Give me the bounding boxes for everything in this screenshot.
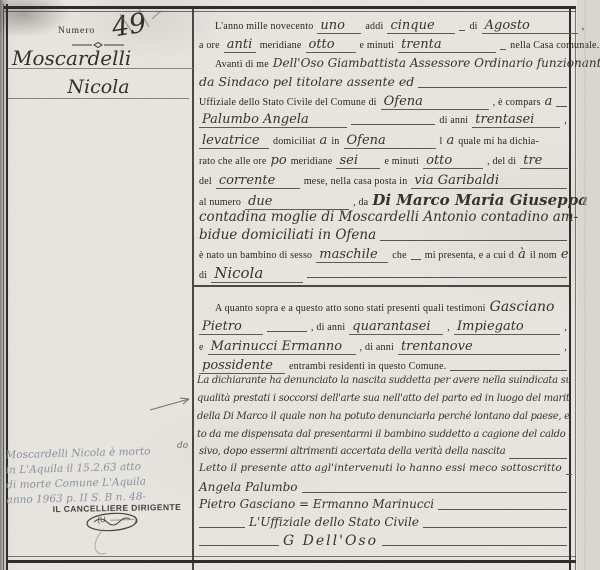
printed-comma: , (447, 322, 450, 335)
printed-domiciled-label: domiciliat (273, 136, 316, 149)
act-line-official: Avanti di me Dell'Oso Giambattista Asses… (199, 57, 567, 72)
registrar-stamp: IL CANCELLIERE DIRIGENTE (U. ———) (52, 502, 182, 525)
stamp-signature-text: (U. ———) (52, 514, 182, 525)
printed-meridian-label: meridiane (260, 40, 302, 53)
act-line-profession: levatrice domiciliat a in Ofena l a qual… (199, 134, 567, 149)
printed-of-label: di (469, 21, 477, 34)
margin-surname: Moscardelli (8, 46, 193, 69)
act-line-date: L'anno mille novecento uno addì cinque d… (199, 19, 567, 34)
closing-paragraph-line: La dichiarante ha denunciato la nascita … (197, 375, 569, 386)
commune-fill: Ofena (381, 95, 489, 110)
frame-top-border-inner (4, 11, 576, 12)
meridian-fill: anti (224, 38, 256, 53)
pencil-arrow-icon (150, 398, 189, 410)
printed-comma: , (582, 21, 585, 34)
closing-paragraph-line: qualità prestati i soccorsi dell'arte su… (197, 393, 569, 404)
printed-comma: , (564, 342, 567, 355)
parents-domicile-fill: bidue domiciliati in Ofena (199, 229, 376, 243)
death-annotation: Moscardelli Nicola è morto in L'Aquila i… (5, 444, 183, 509)
closing-paragraph-last-line: sivo, dopo essermi altrimenti accertata … (199, 447, 567, 462)
official-title-line: L'Uffiziale dello Stato Civile (199, 516, 567, 531)
printed-minutes-label: e minuti (360, 40, 395, 53)
act-line-child-name: di Nicola (199, 266, 567, 281)
record-number-value: 49 (110, 8, 149, 44)
month-fill: Agosto (482, 19, 578, 34)
witnesses-signature: Pietro Gasciano = Ermanno Marinucci (199, 498, 434, 510)
blank-rule (450, 369, 567, 371)
child-sex-fill: maschile (316, 248, 388, 263)
frame-left-border-outer (3, 4, 4, 570)
printed-number-label: al numero (199, 197, 241, 210)
scan-right-margin (577, 0, 600, 570)
margin-catchword: do (177, 441, 188, 451)
mother-name: Di Marco Maria Giuseppa (372, 193, 587, 208)
next-record-border-inner (6, 556, 576, 557)
official-signature-line: G Dell'Oso (199, 534, 567, 549)
printed-witnesses-label: A quanto sopra e a questo atto sono stat… (199, 303, 486, 316)
frame-right-border (569, 6, 571, 570)
printed-presents-label: mi presenta, e a cui d (425, 250, 514, 263)
read-aloud-text: Letto il presente atto agl'intervenuti l… (199, 463, 562, 474)
printed-comma: , (564, 115, 567, 128)
blank-rule (302, 491, 567, 493)
printed-age-label: di anni (439, 115, 468, 128)
blank-rule (459, 29, 465, 31)
printed-from-label: , da (353, 197, 368, 210)
act-line-witness2: e Marinucci Ermanno , di anni trentanove… (199, 340, 567, 355)
printed-article-stub: l (440, 136, 443, 149)
declarant-name: Palumbo Angela (199, 113, 347, 128)
printed-house-label: mese, nella casa posta in (304, 176, 408, 189)
act-line-residents: possidente entrambi residenti in questo … (199, 359, 567, 374)
printed-town-hall-label: nella Casa comunale. (510, 40, 599, 53)
gender-suffix-fill: a (320, 134, 328, 147)
mother-status-father-name: contadina moglie di Moscardelli Antonio … (199, 211, 578, 225)
act-line-birth-time: rato che alle ore po meridiane sei e min… (199, 154, 567, 169)
printed-and-label: e (199, 342, 204, 355)
blank-rule (382, 544, 567, 546)
act-line-time: a ore anti meridiane otto e minuti trent… (199, 38, 567, 53)
printed-that-hours-label: rato che alle ore (199, 156, 267, 169)
street-fill: via Garibaldi (411, 174, 567, 189)
printed-appeared-label: , è compars (493, 97, 541, 110)
house-number-fill: due (245, 195, 349, 210)
official-title: L'Uffiziale dello Stato Civile (249, 516, 419, 528)
name-suffix-fill: e (561, 248, 569, 261)
appeared-suffix-fill: a (545, 95, 553, 108)
hour-fill: otto (306, 38, 356, 53)
printed-of-label: di (199, 270, 207, 283)
closing-text: sivo, dopo essermi altrimenti accertata … (199, 447, 505, 457)
witness2-age: trentanove (398, 340, 560, 355)
birth-minutes-fill: otto (423, 154, 483, 169)
gives-suffix-fill: à (518, 248, 526, 261)
blank-rule (199, 526, 245, 528)
witness1-profession: Impiegato (454, 320, 560, 335)
birth-meridian-fill: po (271, 154, 287, 167)
act-line-commune: Uffiziale dello Stato Civile del Comune … (199, 95, 567, 110)
printed-residents-label: entrambi residenti in questo Comune. (289, 361, 446, 374)
blank-rule (351, 123, 435, 125)
stamp-title: IL CANCELLIERE DIRIGENTE (52, 502, 182, 514)
act-line-child-sex: è nato un bambino di sesso maschile che … (199, 248, 567, 263)
blank-rule (438, 508, 567, 510)
printed-year-label: L'anno mille novecento (199, 21, 313, 34)
acting-mayor-fill: da Sindaco pel titolare assente ed (199, 76, 414, 89)
printed-that-label: che (392, 250, 406, 263)
printed-day-label: addì (365, 21, 383, 34)
signature-line-witnesses: Pietro Gasciano = Ermanno Marinucci (199, 498, 567, 513)
act-line-witnesses: A quanto sopra e a questo atto sono stat… (199, 300, 567, 315)
declarant-age: trentasei (472, 113, 560, 128)
act-line-mother-2: contadina moglie di Moscardelli Antonio … (199, 211, 567, 226)
blank-rule (380, 239, 567, 241)
margin-column-divider (192, 8, 194, 570)
frame-right-border-outer (575, 6, 576, 570)
act-line-read-aloud: Letto il presente atto agl'intervenuti l… (199, 463, 567, 478)
blank-rule (566, 473, 572, 475)
printed-age-label: , di anni (360, 342, 394, 355)
witness2-name: Marinucci Ermanno (208, 340, 356, 355)
printed-of-the-label: del (199, 176, 212, 189)
year-fill: uno (317, 19, 361, 34)
frame-top-border (4, 6, 576, 9)
blank-rule (307, 276, 567, 278)
printed-civil-officer-label: Uffiziale dello Stato Civile del Comune … (199, 97, 377, 110)
blank-rule (500, 48, 506, 50)
act-line-mother-3: bidue domiciliati in Ofena (199, 229, 567, 244)
act-line-declarant: Palumbo Angela di anni trentasei , (199, 113, 567, 128)
blank-rule (411, 258, 421, 260)
witness1-given-name: Pietro (199, 320, 263, 335)
blank-rule (267, 330, 307, 332)
day-fill: cinque (387, 19, 455, 34)
closing-paragraph-line: to da me dispensata dal presentarmi il b… (197, 429, 569, 440)
article-suffix-fill: a (446, 134, 454, 147)
printed-age-label: , di anni (311, 322, 345, 335)
birth-month-fill: corrente (216, 174, 300, 189)
printed-comma: , (564, 322, 567, 335)
domicile-fill: Ofena (344, 134, 436, 149)
printed-name-label: il nom (530, 250, 557, 263)
child-name: Nicola (211, 266, 303, 283)
margin-given-name: Nicola (8, 76, 189, 99)
minutes-fill: trenta (398, 38, 496, 53)
printed-in-label: in (331, 136, 339, 149)
act-line-witness1: Pietro , di anni quarantasei , Impiegato… (199, 320, 567, 335)
birth-hour-fill: sei (336, 154, 380, 169)
blank-rule (423, 526, 567, 528)
witness1-surname: Gasciano (490, 300, 555, 314)
signature-line-declarant: Angela Palumbo (199, 481, 567, 496)
closing-paragraph-line: della Di Marco il quale non ha potuto de… (197, 411, 569, 422)
declarant-profession: levatrice (199, 134, 269, 149)
next-record-border (6, 560, 576, 563)
printed-meridian-label: meridiane (291, 156, 333, 169)
printed-on-day-label: , del dì (487, 156, 516, 169)
printed-minutes-label: e minuti (384, 156, 419, 169)
official-name-fill: Dell'Oso Giambattista Assessore Ordinari… (273, 57, 600, 69)
act-line-official-2: da Sindaco pel titolare assente ed (199, 76, 567, 91)
record-number-label: Numero (58, 26, 95, 36)
declarant-signature: Angela Palumbo (199, 481, 298, 493)
blank-rule (556, 105, 567, 107)
printed-declared-label: quale mi ha dichia- (458, 136, 539, 149)
printed-hour-label: a ore (199, 40, 220, 53)
printed-born-label: è nato un bambino di sesso (199, 250, 312, 263)
act-line-mother: al numero due , da Di Marco Maria Giusep… (199, 193, 567, 208)
act-line-house: del corrente mese, nella casa posta in v… (199, 174, 567, 189)
blank-rule (418, 86, 567, 88)
blank-rule (199, 544, 279, 546)
birth-record-scan: Numero 49 Moscardelli Nicola Moscardelli… (0, 0, 600, 570)
printed-before-me-label: Avanti di me (199, 59, 269, 72)
official-signature: G Dell'Oso (283, 534, 378, 548)
witness2-profession: possidente (199, 359, 285, 374)
witness1-age: quarantasei (349, 320, 443, 335)
section-divider-rule (194, 285, 570, 287)
blank-rule (509, 457, 567, 459)
birth-day-fill: tre (520, 154, 568, 169)
